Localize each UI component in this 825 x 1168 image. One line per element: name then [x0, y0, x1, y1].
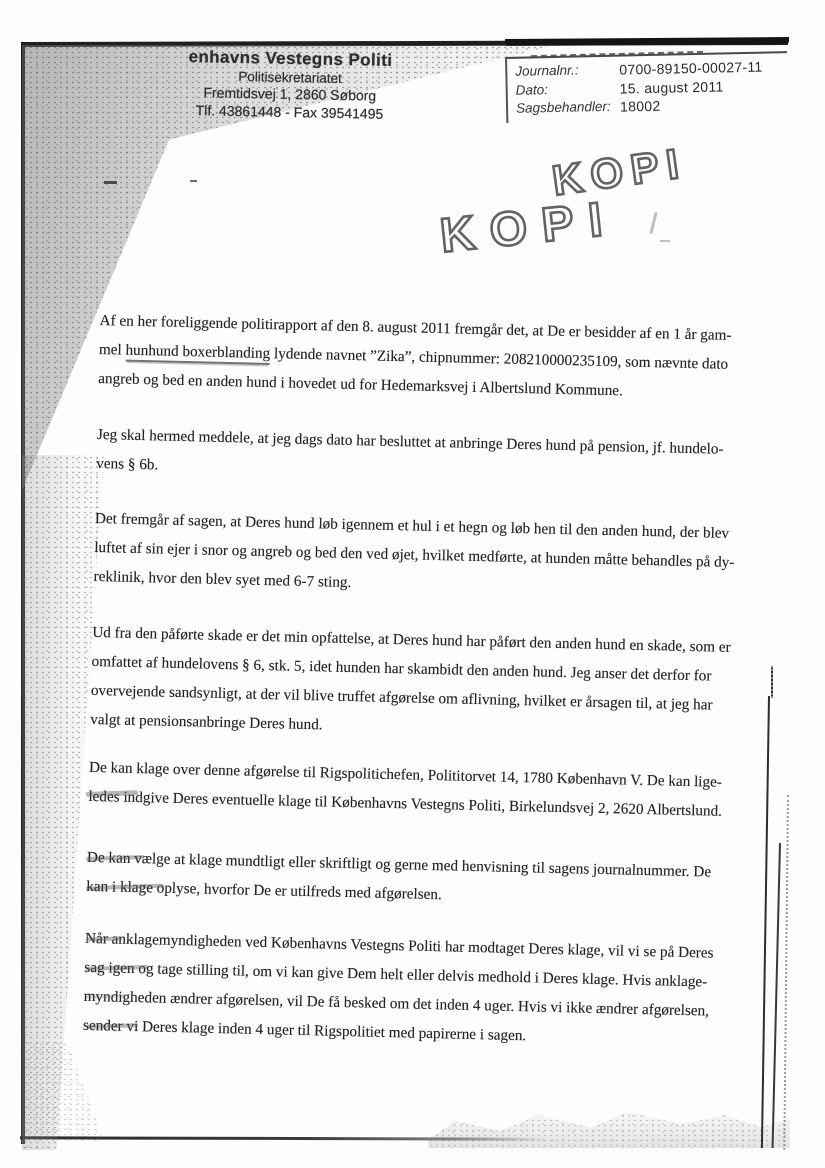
paragraph-1: Af en her foreliggende politirapport af … — [98, 306, 806, 410]
scan-noise-bottom-left — [26, 1042, 156, 1142]
paragraph-3: Det fremgår af sagen, at Deres hund løb … — [93, 504, 801, 608]
date-label: Dato: — [516, 79, 620, 100]
paragraph-4: Ud fra den påførte skade er det min opfa… — [90, 618, 799, 751]
body-line-segment: lydende navnet ”Zika”, chipnummer: 20821… — [270, 345, 728, 373]
dash-artifact-2 — [190, 180, 197, 182]
dash-artifact-1 — [104, 181, 117, 184]
stamp-ghost-mark-1 — [649, 212, 657, 234]
journal-number-value: 0700-89150-00027-11 — [619, 58, 763, 79]
letter-body: Af en her foreliggende politirapport af … — [83, 306, 806, 1056]
case-handler-value: 18002 — [620, 97, 661, 116]
scanned-letter-page: enhavns Vestegns Politi Politisekretaria… — [0, 0, 825, 1168]
paragraph-6: De kan vælge at klage mundtligt eller sk… — [86, 843, 793, 918]
date-value: 15. august 2011 — [619, 77, 723, 98]
paragraph-5: De kan klage over denne afgørelse til Ri… — [88, 753, 795, 828]
case-info-box: Journalnr.: 0700-89150-00027-11 Dato: 15… — [505, 51, 788, 122]
stamp-ghost-mark-2 — [660, 240, 670, 242]
kopi-stamp-lower: KOPI — [438, 191, 620, 264]
case-handler-label: Sagsbehandler: — [516, 98, 620, 119]
scan-noise-bottom-right — [428, 1088, 790, 1148]
top-border-line-right-segment — [505, 37, 789, 46]
journal-number-label: Journalnr.: — [515, 61, 619, 82]
underlined-phrase: hunhund boxerblanding — [125, 342, 270, 365]
body-line-segment: mel — [99, 341, 126, 359]
letterhead: enhavns Vestegns Politi Politisekretaria… — [139, 46, 440, 124]
paragraph-7: Når anklagemyndigheden ved Københavns Ve… — [83, 924, 792, 1057]
paragraph-2: Jeg skal hermed meddele, at jeg dags dat… — [96, 420, 803, 495]
